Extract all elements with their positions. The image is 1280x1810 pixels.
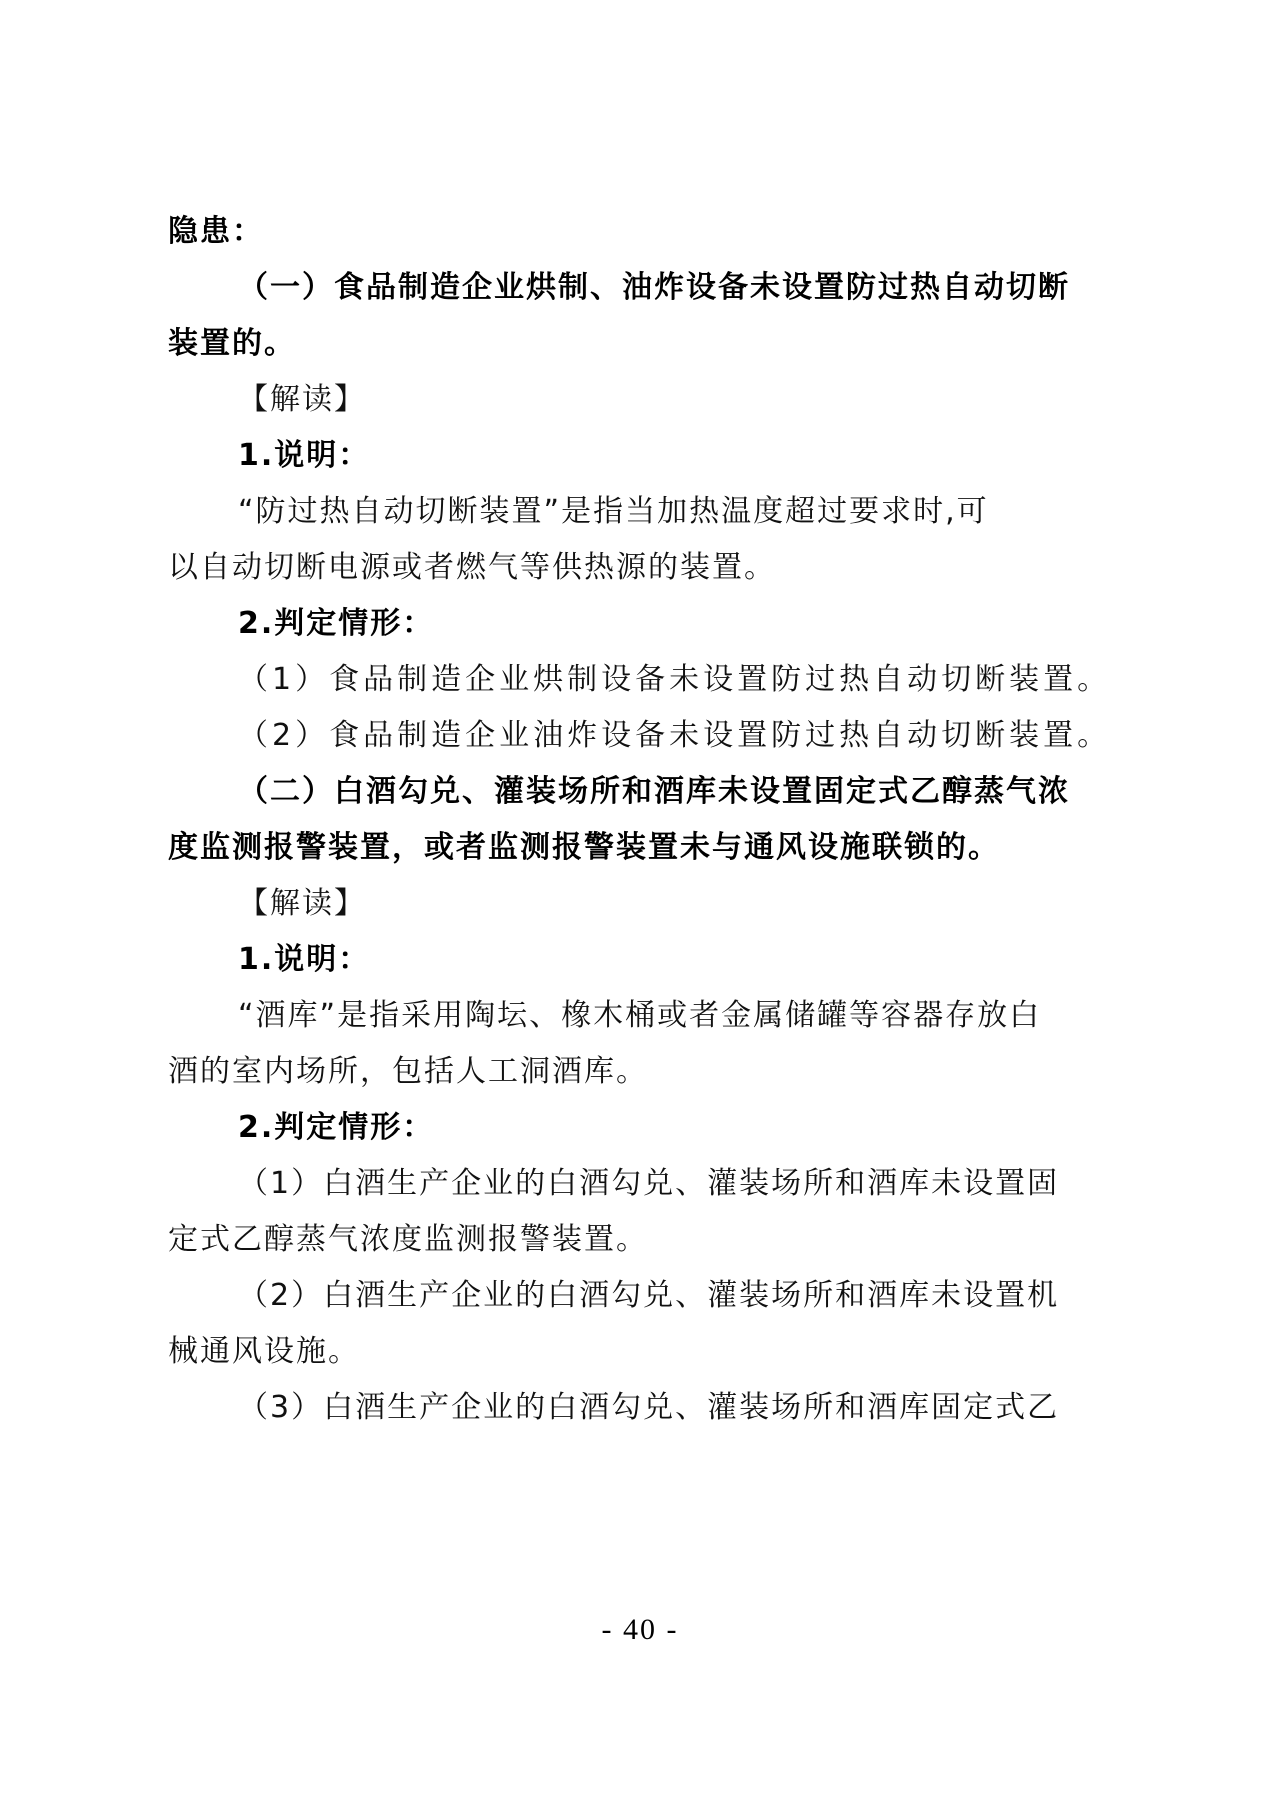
- section-heading-hazard: 隐患：: [168, 212, 1128, 252]
- hazard-item-2-title: （二）白酒勾兑、灌装场所和酒库未设置固定式乙醇蒸气浓: [238, 772, 1198, 812]
- judgment-heading: 2.判定情形：: [238, 1108, 1198, 1148]
- judgment-heading: 2.判定情形：: [238, 604, 1198, 644]
- judgment-case-3: （3）白酒生产企业的白酒勾兑、灌装场所和酒库固定式乙: [238, 1388, 1198, 1428]
- explanation-text: “酒库”是指采用陶坛、橡木桶或者金属储罐等容器存放白: [238, 996, 1198, 1036]
- judgment-case-1: （1）白酒生产企业的白酒勾兑、灌装场所和酒库未设置固: [238, 1164, 1198, 1204]
- explanation-heading: 1.说明：: [238, 436, 1198, 476]
- page-number: - 40 -: [0, 1610, 1280, 1650]
- interpretation-label: 【解读】: [238, 884, 1198, 924]
- explanation-heading: 1.说明：: [238, 940, 1198, 980]
- explanation-text: “防过热自动切断装置”是指当加热温度超过要求时,可: [238, 492, 1198, 532]
- judgment-case-2-cont: 械通风设施。: [168, 1332, 1128, 1372]
- hazard-item-1-title-cont: 装置的。: [168, 324, 1128, 364]
- explanation-text-cont: 以自动切断电源或者燃气等供热源的装置。: [168, 548, 1128, 588]
- hazard-item-1-title: （一）食品制造企业烘制、油炸设备未设置防过热自动切断: [238, 268, 1198, 308]
- judgment-case-2: （2）食品制造企业油炸设备未设置防过热自动切断装置。: [238, 716, 1198, 756]
- explanation-text-cont: 酒的室内场所，包括人工洞酒库。: [168, 1052, 1128, 1092]
- judgment-case-1: （1）食品制造企业烘制设备未设置防过热自动切断装置。: [238, 660, 1198, 700]
- interpretation-label: 【解读】: [238, 380, 1198, 420]
- judgment-case-1-cont: 定式乙醇蒸气浓度监测报警装置。: [168, 1220, 1128, 1260]
- document-page: 隐患： （一）食品制造企业烘制、油炸设备未设置防过热自动切断 装置的。 【解读】…: [0, 0, 1280, 1810]
- hazard-item-2-title-cont: 度监测报警装置，或者监测报警装置未与通风设施联锁的。: [168, 828, 1128, 868]
- judgment-case-2: （2）白酒生产企业的白酒勾兑、灌装场所和酒库未设置机: [238, 1276, 1198, 1316]
